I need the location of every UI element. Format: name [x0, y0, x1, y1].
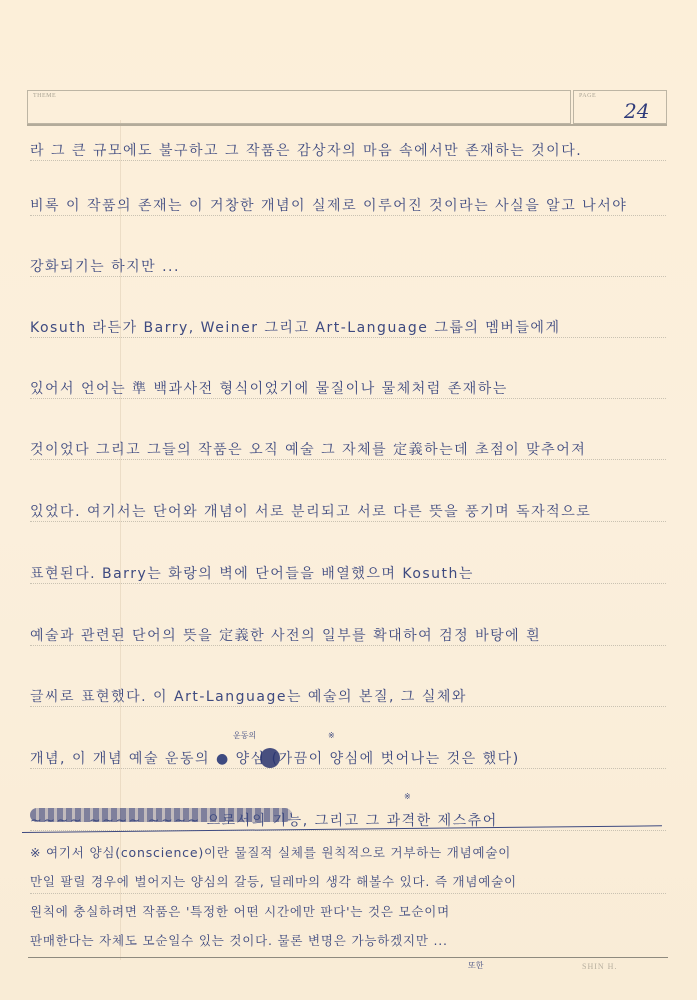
ruled-line — [30, 583, 666, 585]
handwritten-line: 라 그 큰 규모에도 불구하고 그 작품은 감상자의 마음 속에서만 존재하는 … — [30, 140, 670, 160]
page-box: PAGE 24 — [573, 90, 667, 124]
ruled-line — [30, 893, 666, 895]
ruled-line — [30, 521, 666, 523]
ruled-line — [30, 706, 666, 708]
footnote-mark: ※ — [404, 792, 411, 801]
handwritten-line: 예술과 관련된 단어의 뜻을 定義한 사전의 일부를 확대하여 검정 바탕에 흰 — [30, 625, 670, 645]
handwritten-line: 비록 이 작품의 존재는 이 거창한 개념이 실제로 이루어진 것이라는 사실을… — [30, 195, 670, 215]
handwritten-line: 것이었다 그리고 그들의 작품은 오직 예술 그 자체를 定義하는데 초점이 맞… — [30, 439, 670, 459]
ink-scribble — [260, 748, 280, 768]
footnote-line: ※ 여기서 양심(conscience)이란 물질적 실체를 원칙적으로 거부하… — [30, 843, 670, 861]
ruled-line — [30, 276, 666, 278]
handwritten-line: 있어서 언어는 準 백과사전 형식이었기에 물질이나 물체처럼 존재하는 — [30, 378, 670, 398]
handwritten-line: 글씨로 표현했다. 이 Art-Language는 예술의 본질, 그 실체와 — [30, 686, 670, 706]
bottom-rule — [28, 957, 668, 958]
footnote-line: 판매한다는 자체도 모순일수 있는 것이다. 물론 변명은 가능하겠지만 ... — [30, 931, 670, 949]
margin-line — [120, 120, 121, 960]
footnote-line: 원칙에 충실하려면 작품은 '특정한 어떤 시간에만 판다'는 것은 모순이며 — [30, 902, 670, 920]
handwritten-line: 표현된다. Barry는 화랑의 벽에 단어들을 배열했으며 Kosuth는 — [30, 563, 670, 583]
footnote-mark: ※ — [328, 731, 335, 740]
page-header: THEME PAGE 24 — [27, 90, 665, 122]
page-number: 24 — [624, 99, 649, 123]
handwritten-line: 개념, 이 개념 예술 운동의 ● 양심 (가끔이 양심에 벗어나는 것은 했다… — [30, 748, 670, 768]
handwritten-line: 강화되기는 하지만 ... — [30, 256, 670, 276]
ruled-line — [30, 215, 666, 217]
ruled-line — [30, 459, 666, 461]
ruled-line — [30, 645, 666, 647]
footnote-line: 만일 팔릴 경우에 벌어지는 양심의 갈등, 딜레마의 생각 해볼수 있다. 즉… — [30, 872, 670, 890]
header-rule — [27, 124, 667, 126]
handwritten-line: 있었다. 여기서는 단어와 개념이 서로 분리되고 서로 다른 뜻을 풍기며 독… — [30, 501, 670, 521]
ruled-line — [30, 160, 666, 162]
theme-box: THEME — [27, 90, 571, 124]
ruled-line — [30, 768, 666, 770]
insertion-annotation: 운동의 — [233, 730, 256, 741]
notebook-page: THEME PAGE 24 라 그 큰 규모에도 불구하고 그 작품은 감상자의… — [0, 0, 697, 1000]
handwritten-line: Kosuth 라든가 Barry, Weiner 그리고 Art-Languag… — [30, 317, 670, 337]
theme-label: THEME — [33, 93, 56, 99]
insertion-annotation: 또한 — [468, 960, 483, 971]
ruled-line — [30, 337, 666, 339]
page-label: PAGE — [579, 93, 596, 99]
ruled-line — [30, 398, 666, 400]
paper-imprint: SHIN H. — [582, 962, 617, 971]
